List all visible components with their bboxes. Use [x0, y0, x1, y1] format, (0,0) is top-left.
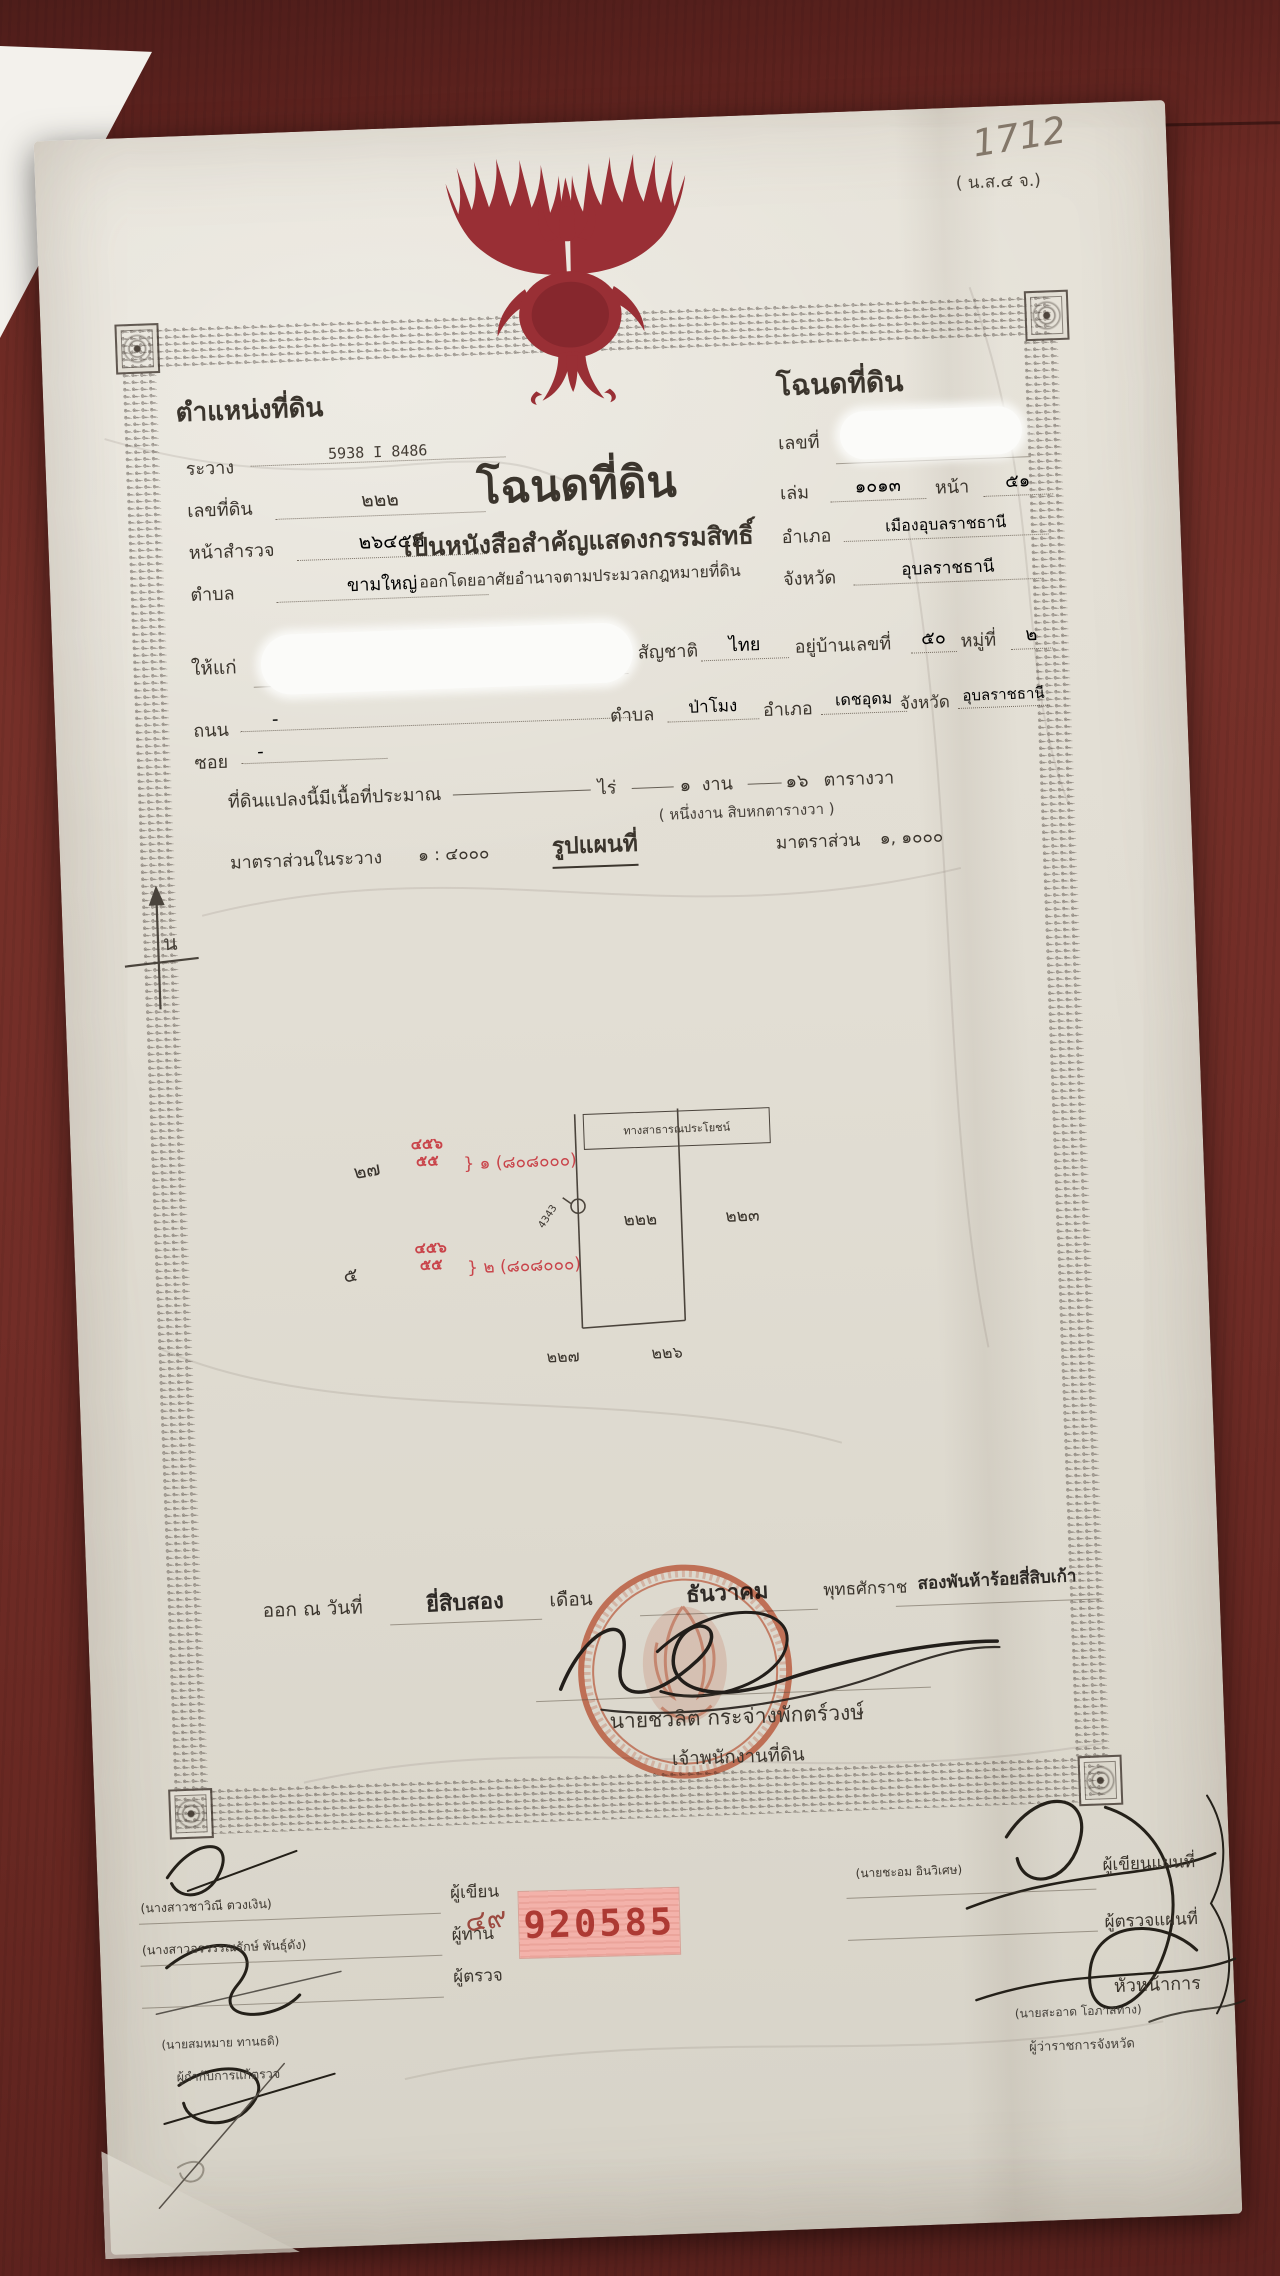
map-scale-value: ๑, ๑๐๐๐: [879, 823, 943, 852]
map-annotation2-stack-top: ๔๕๖: [414, 1239, 447, 1257]
adjacent-bottom-left-number: ๒๒๗: [546, 1344, 580, 1370]
footer-right-role-2: ผู้ตรวจแผนที่: [1104, 1905, 1198, 1935]
wa-value: ๑๖: [785, 765, 809, 795]
serial-number: 920585: [523, 1899, 676, 1946]
owner-amphoe-label: อำเภอ: [762, 693, 813, 724]
footer-right-name: (นายชะอม อินวิเศษ): [855, 1861, 962, 1884]
border-rosette-top-left: [114, 323, 160, 375]
scale-in-sheet-label: มาตราส่วนในระวาง: [230, 843, 383, 877]
position-title: ตำแหน่งที่ดิน: [175, 387, 324, 433]
field-survey-label: หน้าสำรวจ: [188, 535, 275, 567]
owner-province-label: จังหวัด: [899, 688, 950, 717]
field-ravang-label: ระวาง: [185, 452, 234, 483]
map-scale-label: มาตราส่วน: [775, 826, 860, 857]
moo-value: ๒: [1010, 618, 1053, 650]
photo-of-land-deed: 1712 ( น.ส.๔ จ.) ๛๛๛๛๛๛๛๛๛๛๛๛๛๛๛๛๛๛๛๛๛๛๛…: [0, 0, 1280, 2276]
footer-right-lower-role: ผู้ว่าราชการจังหวัด: [1029, 2032, 1135, 2057]
owner-province-value: อุบลราชธานี: [957, 681, 1050, 709]
issue-prefix: ออก ณ วันที่: [262, 1592, 363, 1626]
serial-handwritten: ๔๙: [462, 1895, 509, 1944]
parcel-number: ๒๒๒: [623, 1205, 658, 1233]
nationality-value: ไทย: [700, 628, 789, 661]
map-annotation2-stack-bottom: ๕๕: [415, 1256, 448, 1274]
serial-stamp-box: 920585: [518, 1888, 680, 1958]
garuda-emblem: [419, 145, 718, 413]
map-annotation1-stack-top: ๔๕๖: [410, 1135, 443, 1153]
footer-left-signatures: [125, 1807, 459, 2218]
field-landno-label: เลขที่ดิน: [187, 494, 253, 525]
ngan-value: ๑: [679, 770, 691, 799]
map-annotation1-stack: ๔๕๖ ๕๕: [410, 1135, 443, 1171]
adjacent-bottom-right-number: ๒๒๖: [651, 1340, 683, 1366]
deed-volume-value: ๑๐๑๓: [829, 469, 926, 502]
main-title: โฉนดที่ดิน: [400, 443, 752, 526]
owner-tambon-value: ป่าโมง: [666, 691, 759, 722]
house-label: อยู่บ้านเลขที่: [794, 628, 892, 661]
road-label: ถนน: [193, 715, 230, 745]
deed-paper: 1712 ( น.ส.๔ จ.) ๛๛๛๛๛๛๛๛๛๛๛๛๛๛๛๛๛๛๛๛๛๛๛…: [34, 100, 1243, 2255]
wa-label: ตารางวา: [823, 762, 895, 794]
grant-label: ให้แก่: [191, 652, 238, 684]
map-title: รูปแผนที่: [551, 826, 639, 869]
form-code: ( น.ส.๔ จ.): [955, 167, 1041, 197]
owner-amphoe-value: เดชอุดม: [820, 686, 907, 715]
north-label: น: [163, 927, 179, 961]
map-annotation1-prefix: ๒๗: [351, 1154, 383, 1188]
deed-page-value: ๕๑: [982, 464, 1053, 497]
deed-number-redaction: [839, 405, 1023, 460]
rai-label: ไร่: [597, 773, 617, 803]
deed-title: โฉนดที่ดิน: [775, 360, 904, 409]
deed-page-label: หน้า: [934, 471, 969, 501]
footer-right-role-1: ผู้เขียนแผนที่: [1102, 1848, 1196, 1878]
border-rosette-top-right: [1024, 290, 1070, 342]
nationality-label: สัญชาติ: [637, 635, 698, 666]
soi-label: ซอย: [194, 747, 229, 777]
field-tambon-label: ตำบล: [190, 578, 235, 609]
deed-number-label: เลขที่: [778, 427, 820, 457]
issue-day: ยี่สิบสอง: [397, 1581, 534, 1623]
adjacent-right-number: ๒๒๓: [725, 1202, 760, 1230]
ngan-label: งาน: [701, 768, 733, 798]
footer-right-role-3: หัวหน้าการ: [1113, 1968, 1201, 2000]
footer-left-role-3: ผู้ตรวจ: [453, 1961, 504, 1990]
footer-right-signatures: [944, 1757, 1280, 2189]
footer-left-lower-role: ผู้กำกับการแก้ตรวจ: [176, 2064, 280, 2088]
moo-label: หมู่ที่: [960, 625, 997, 655]
map-annotation1-stack-bottom: ๕๕: [411, 1152, 444, 1170]
map-annotation2-stack: ๔๕๖ ๕๕: [414, 1239, 447, 1275]
house-value: ๕๐: [910, 622, 957, 654]
deed-volume-label: เล่ม: [779, 477, 809, 507]
scale-in-sheet-value: ๑ : ๔๐๐๐: [418, 839, 490, 869]
owner-tambon-label: ตำบล: [610, 699, 655, 730]
